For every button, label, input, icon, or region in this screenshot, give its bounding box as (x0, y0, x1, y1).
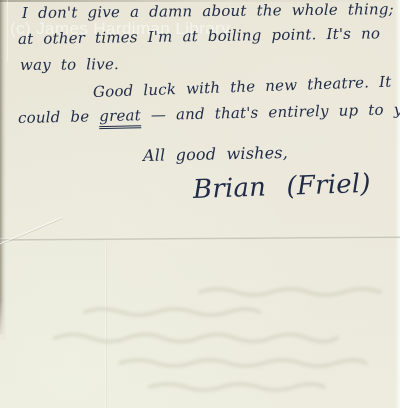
letter-line-4: Good luck with the new theatre. It (93, 73, 392, 101)
letter-line-5: could be great — and that's entirely up … (18, 100, 400, 127)
letter-page: (c) James Hardiman Library I don't give … (0, 0, 400, 408)
crease-diagonal-left (0, 217, 62, 246)
emphasized-word-great: great (99, 106, 141, 129)
fold-crease-horizontal (0, 236, 400, 242)
letter-line-1: I don't give a damn about the whole thin… (22, 0, 394, 22)
signature: Brian (Friel) (192, 169, 371, 205)
letter-line-5-before: could be (18, 107, 100, 127)
letter-closing: All good wishes, (143, 143, 288, 165)
letter-line-5-after: — and that's entirely up to you. (141, 100, 400, 124)
crease-vertical-top (7, 0, 8, 62)
letter-line-3: way to live. (20, 55, 119, 74)
ink-showthrough-marks (0, 250, 400, 408)
